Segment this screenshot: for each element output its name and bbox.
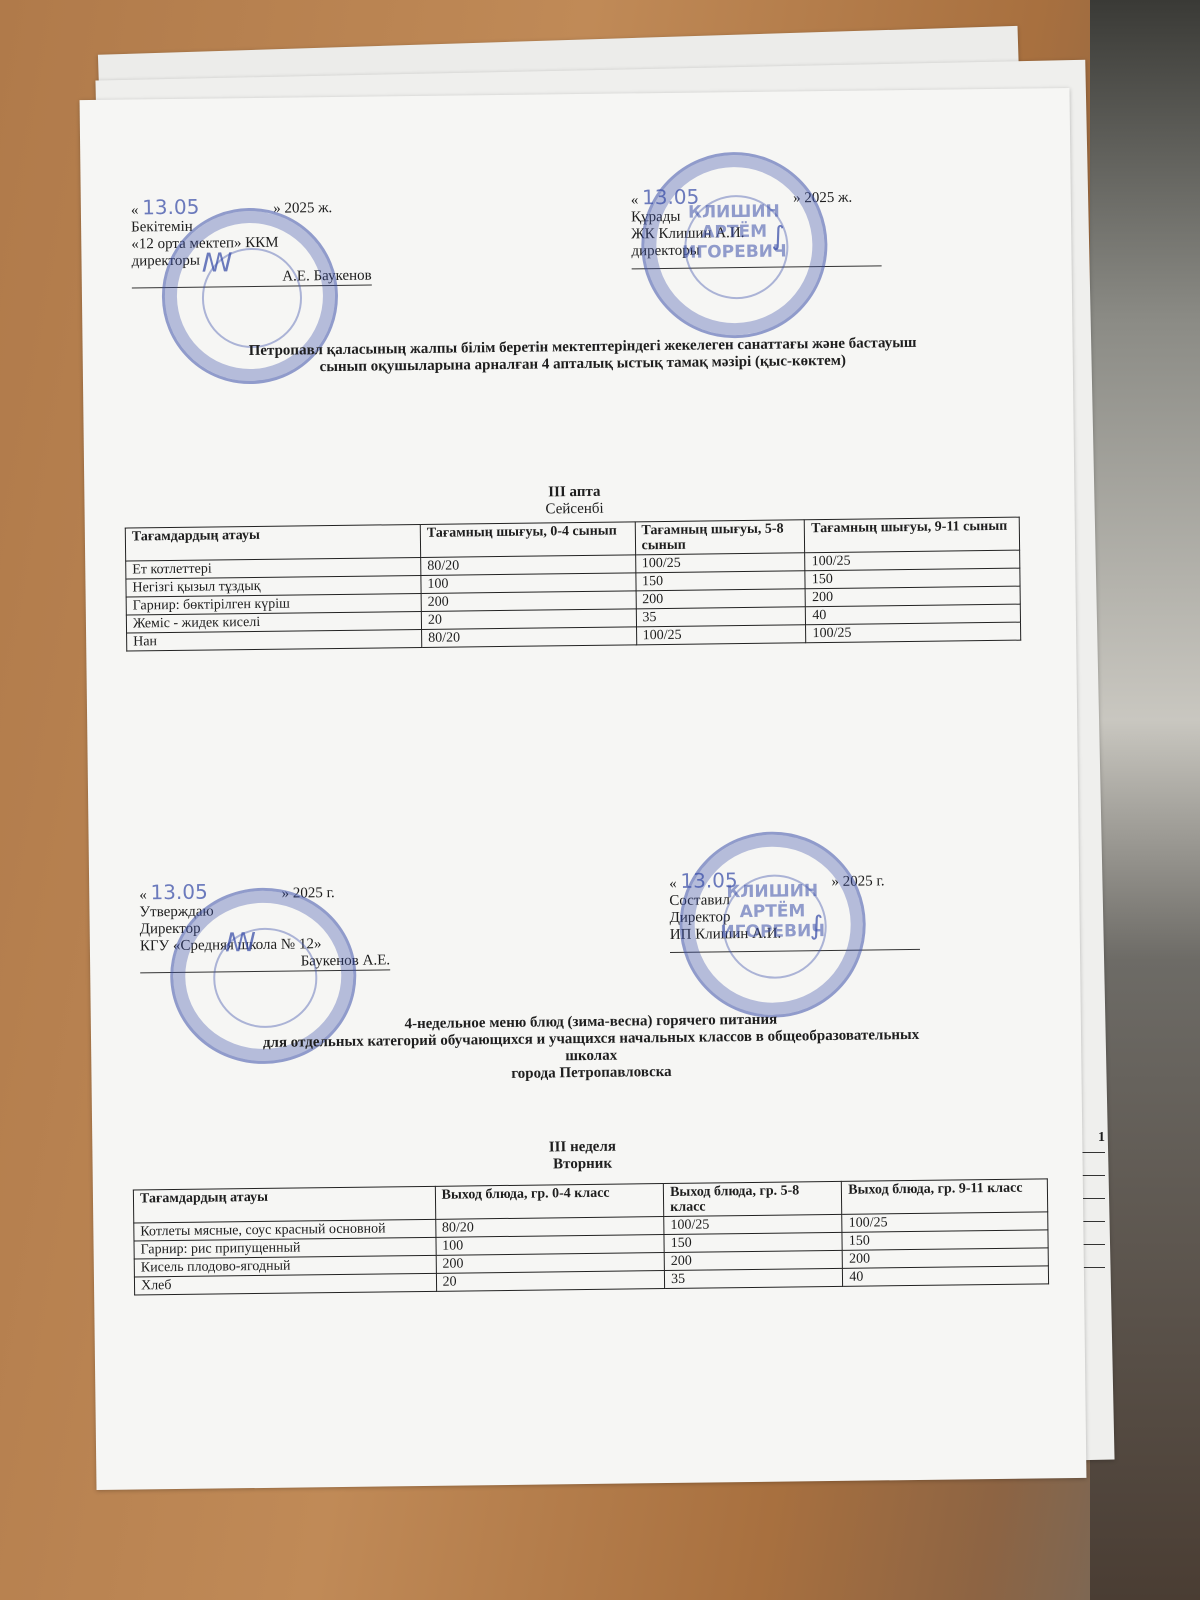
ru-menu-title: 4-недельное меню блюд (зима-весна) горяч… xyxy=(151,1009,1032,1088)
handwritten-date: 13.05 xyxy=(150,880,208,905)
signature-scribble: ꟿ xyxy=(201,248,233,278)
ru-menu-table: Тағамдардың атауы Выход блюда, гр. 0-4 к… xyxy=(133,1178,1049,1295)
handwritten-date: 13.05 xyxy=(142,195,200,220)
signature-scribble: ∫ xyxy=(810,911,824,941)
ru-day: Вторник xyxy=(392,1154,772,1176)
kz-week-day: ІІІ апта Сейсенбі xyxy=(384,482,764,521)
kz-day: Сейсенбі xyxy=(384,499,764,521)
ip-stamp: КЛИШИН АРТЁМ ИГОРЕВИЧ xyxy=(679,831,867,1019)
document-page: « 13.05 » 2025 ж. Бекітемін «12 орта мек… xyxy=(80,88,1087,1490)
signature-scribble: ∫ xyxy=(771,221,785,251)
ru-week-day: ІІІ неделя Вторник xyxy=(392,1137,772,1176)
ip-stamp: КЛИШИН АРТЁМ ИГОРЕВИЧ xyxy=(640,151,828,339)
signature-scribble: ꟿ xyxy=(225,928,257,958)
kz-menu-table: Тағамдардың атауы Тағамның шығуы, 0-4 сы… xyxy=(125,517,1021,652)
